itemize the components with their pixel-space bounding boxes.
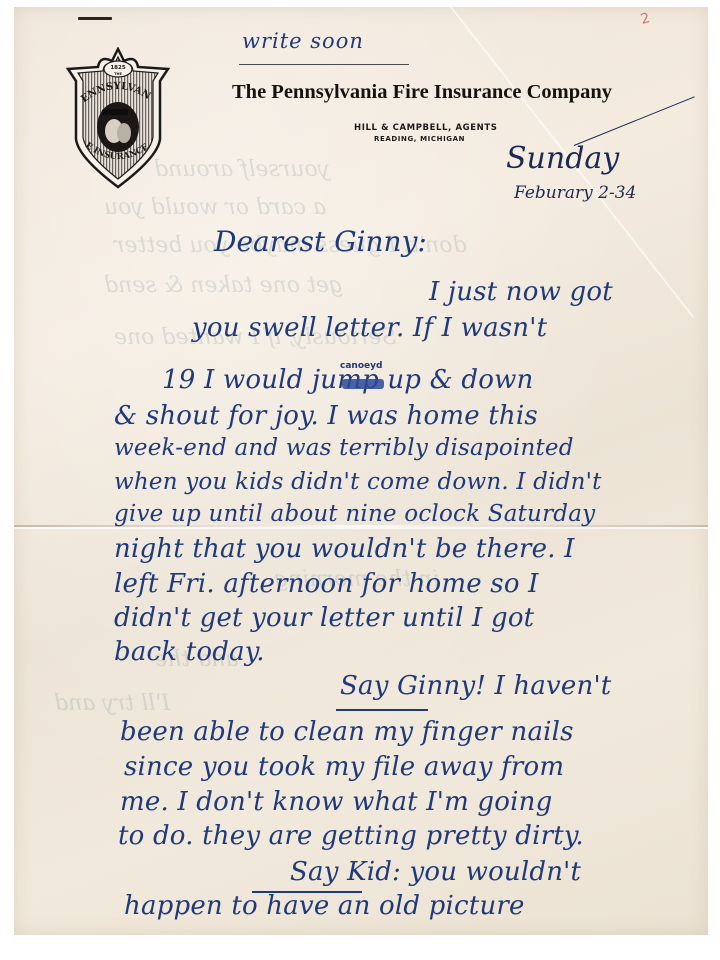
staple-mark [78,17,112,20]
letter-line: night that you wouldn't be there. I [114,534,575,564]
company-name: The Pennsylvania Fire Insurance Company [232,81,612,104]
say-ginny-underline [336,709,428,711]
letter-line: since you took my file away from [124,752,564,782]
letter-line: when you kids didn't come down. I didn't [114,469,602,495]
letter-line: week-end and was terribly disapointed [114,435,574,461]
svg-text:1825: 1825 [110,65,125,71]
svg-text:THE: THE [114,72,122,76]
letter-line: Say Kid: you wouldn't [290,857,581,887]
letter-page: 2 yourself around a card or would you do… [14,7,708,935]
agents-line: HILL & CAMPBELL, AGENTS [354,123,497,133]
crossed-out-word [342,379,384,389]
letter-line: I just now got [429,277,613,307]
company-shield-logo-icon: 1825 THE PENNSYLVANIA FIRE INSURANCE CO. [64,47,172,189]
fold-crease-highlight [14,527,708,529]
letter-line: & shout for joy. I was home this [114,401,538,431]
letter-line: been able to clean my finger nails [120,717,574,747]
write-soon-note: write soon [242,29,364,53]
letter-line: didn't get your letter until I got [114,603,534,633]
page-number: 2 [639,10,652,28]
show-through-text: yourself around [154,157,330,182]
letter-line: happen to have an old picture [124,891,525,921]
show-through-text: get one taken & send [104,273,343,298]
letter-line: give up until about nine oclock Saturday [114,501,595,527]
letter-line: back today. [114,637,265,667]
location-line: READING, MICHIGAN [374,135,465,143]
show-through-text: a card or would you [104,195,326,220]
letter-line: to do. they are getting pretty dirty. [118,821,584,851]
letter-date: Feburary 2-34 [514,183,636,203]
letter-day: Sunday [506,141,619,176]
letter-line: Say Ginny! I haven't [340,671,611,701]
salutation: Dearest Ginny: [214,225,427,258]
letter-line: you swell letter. If I wasn't [192,313,547,343]
write-soon-underline [239,64,409,65]
letter-line: left Fri. afternoon for home so I [114,569,539,599]
letter-line: me. I don't know what I'm going [120,787,552,817]
show-through-text: I'll try and [54,691,170,716]
